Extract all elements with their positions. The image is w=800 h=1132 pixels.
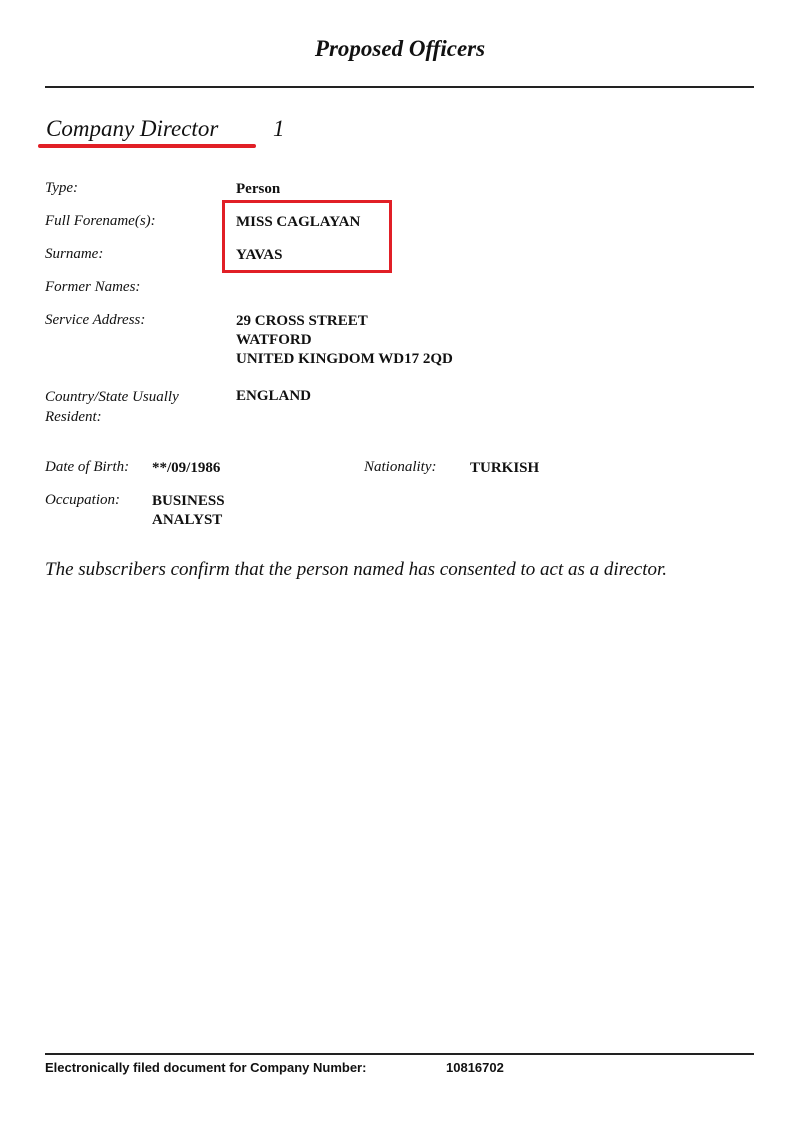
- service-address-value: 29 CROSS STREET WATFORD UNITED KINGDOM W…: [236, 312, 453, 369]
- occupation-line: ANALYST: [152, 511, 225, 530]
- address-line: WATFORD: [236, 331, 453, 350]
- consent-statement: The subscribers confirm that the person …: [45, 559, 667, 581]
- red-box-annotation: [222, 200, 392, 273]
- country-label-line: Resident:: [45, 407, 179, 427]
- nationality-label: Nationality:: [364, 459, 437, 476]
- nationality-value: TURKISH: [470, 459, 539, 478]
- header-divider: [45, 86, 754, 88]
- former-names-label: Former Names:: [45, 279, 140, 296]
- page-title: Proposed Officers: [0, 36, 800, 62]
- country-value: ENGLAND: [236, 387, 311, 406]
- surname-label: Surname:: [45, 246, 103, 263]
- occupation-value: BUSINESS ANALYST: [152, 492, 225, 530]
- section-title: Company Director: [46, 116, 218, 142]
- occupation-line: BUSINESS: [152, 492, 225, 511]
- section-number: 1: [273, 116, 285, 142]
- type-label: Type:: [45, 180, 78, 197]
- address-line: 29 CROSS STREET: [236, 312, 453, 331]
- country-label-line: Country/State Usually: [45, 387, 179, 407]
- occupation-label: Occupation:: [45, 492, 120, 509]
- type-value: Person: [236, 180, 280, 199]
- footer-divider: [45, 1053, 754, 1055]
- footer-label: Electronically filed document for Compan…: [45, 1060, 366, 1075]
- country-label: Country/State Usually Resident:: [45, 387, 179, 427]
- dob-value: **/09/1986: [152, 459, 220, 478]
- red-underline-annotation: [38, 144, 256, 148]
- address-line: UNITED KINGDOM WD17 2QD: [236, 350, 453, 369]
- forenames-label: Full Forename(s):: [45, 213, 156, 230]
- dob-label: Date of Birth:: [45, 459, 129, 476]
- service-address-label: Service Address:: [45, 312, 145, 329]
- company-number: 10816702: [446, 1060, 504, 1075]
